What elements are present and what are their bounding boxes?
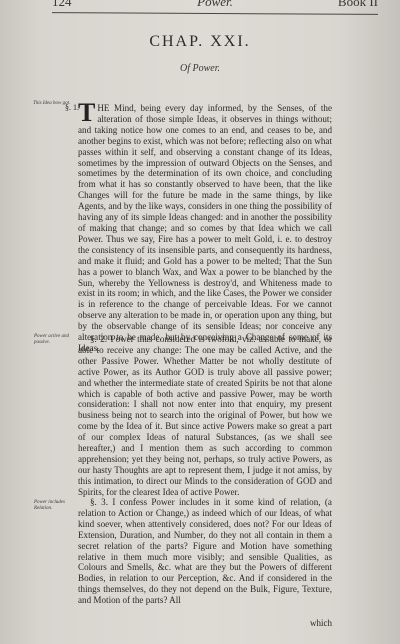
section-marker: §. 1. <box>65 103 79 114</box>
drop-cap: T <box>78 103 95 123</box>
paragraph-2: §. 2. Power thus considered is twofold, … <box>78 334 332 498</box>
section-marker: §. 2. <box>90 334 107 344</box>
running-head: 124 Power. Book II <box>52 0 378 10</box>
chapter-title: CHAP. XXI. <box>0 33 400 51</box>
paragraph-text: HE Mind, being every day informed, by th… <box>78 103 332 353</box>
catchword: which <box>310 618 332 628</box>
section-marker: §. 3. <box>90 497 108 507</box>
paragraph-1: §. 1. T HE Mind, being every day informe… <box>78 103 332 354</box>
chapter-subtitle: Of Power. <box>0 63 400 74</box>
book-label: Book II <box>338 0 378 10</box>
paragraph-3: §. 3. I confess Power includes in it som… <box>78 497 332 606</box>
running-title: Power. <box>52 0 378 10</box>
paragraph-text: Power thus considered is twofold, viz. a… <box>78 334 332 497</box>
margin-note-active-passive: Power active and passive. <box>34 334 78 346</box>
margin-note-includes-relation: Power includes Relation. <box>34 500 78 512</box>
paragraph-text: I confess Power includes in it some kind… <box>78 497 332 605</box>
book-page: 124 Power. Book II CHAP. XXI. Of Power. … <box>0 0 400 644</box>
header-rule <box>52 12 378 15</box>
